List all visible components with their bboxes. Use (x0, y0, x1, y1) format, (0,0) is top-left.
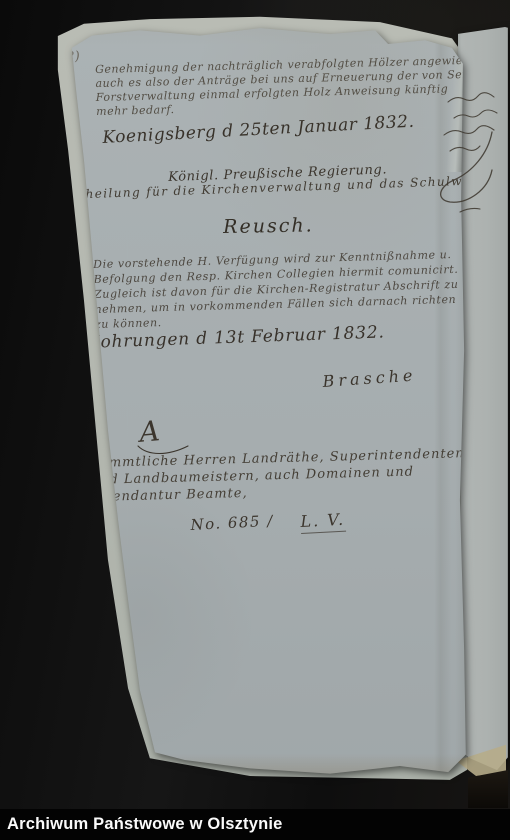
archive-photo-stage: 2) Genehmigung der nachträglich verabfol… (0, 0, 510, 840)
signature-brasche: Brasche (322, 365, 417, 391)
paragraph-2: Die vorstehende H. Verfügung wird zur Ke… (93, 247, 460, 332)
caption-bar: Archiwum Państwowe w Olsztynie (0, 809, 510, 840)
address-block: Sämmtliche Herren Landräthe, Superintend… (90, 445, 466, 506)
marginal-note-handwriting (430, 88, 510, 218)
seal-mark: L. V. (300, 510, 346, 534)
book-cover-edge (468, 770, 508, 808)
archive-caption: Archiwum Państwowe w Olsztynie (0, 815, 283, 834)
manuscript-page: 2) Genehmigung der nachträglich verabfol… (50, 22, 470, 782)
docket-number: No. 685 / (190, 512, 274, 534)
signature-reusch: Reusch. (223, 214, 314, 238)
